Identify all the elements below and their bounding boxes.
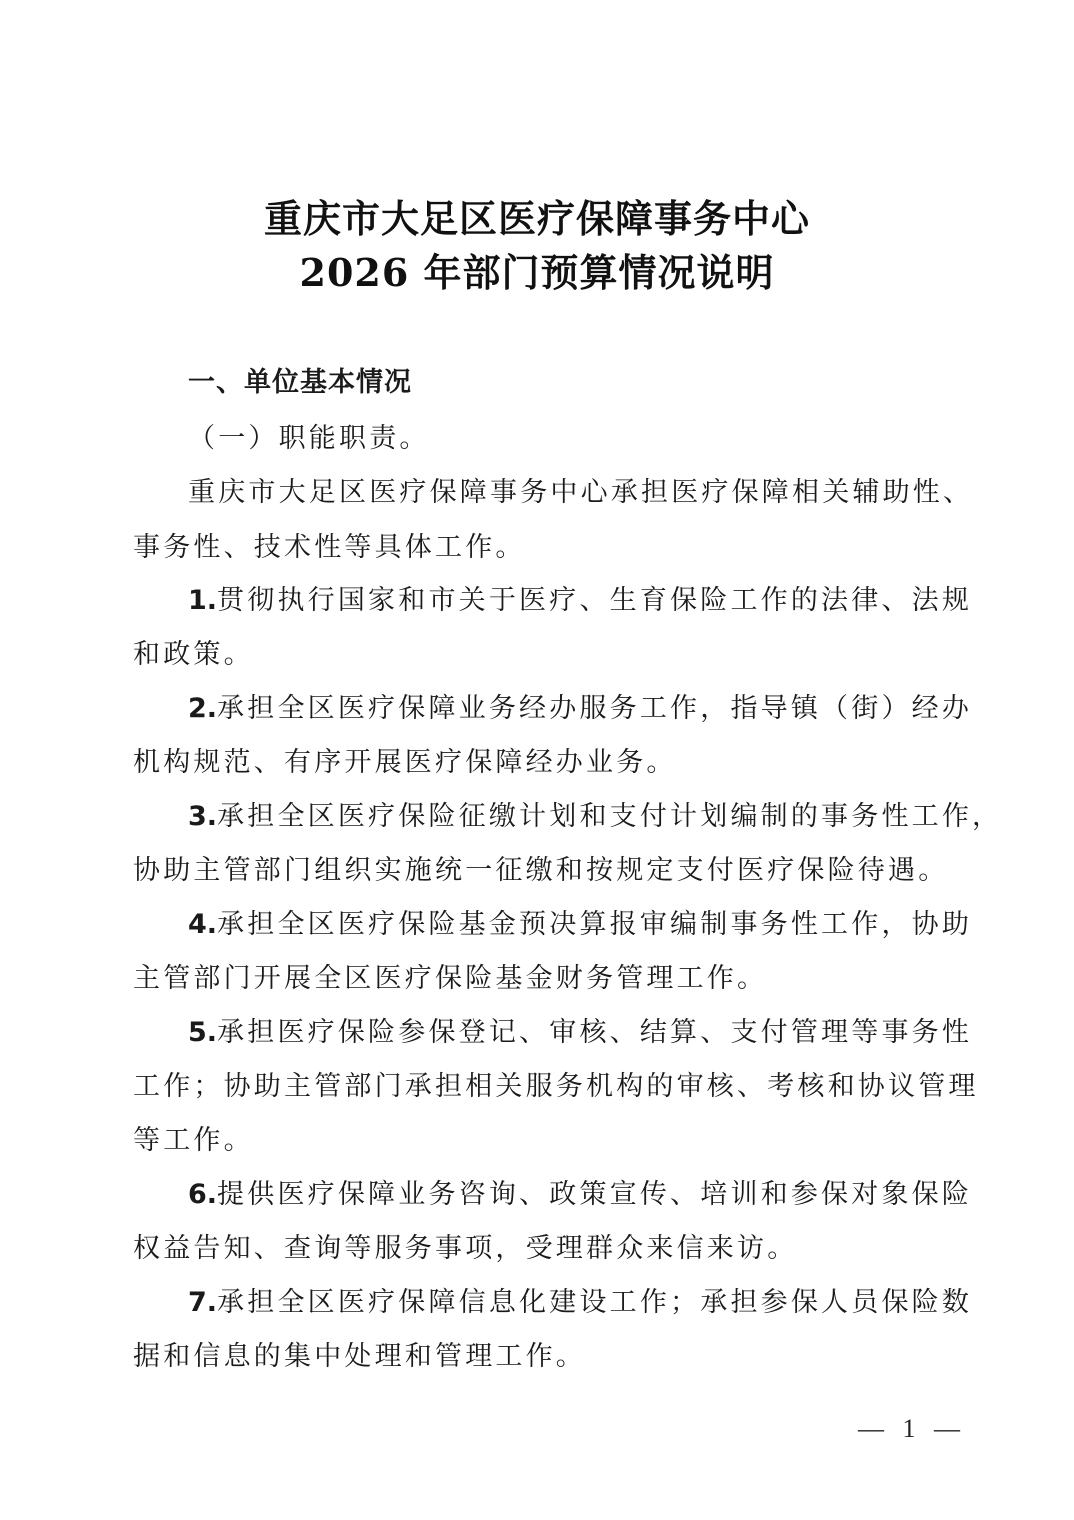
duty-text: 承担全区医疗保险基金预决算报审编制事务性工作，协助 — [217, 909, 972, 940]
document-title-line1: 重庆市大足区医疗保障事务中心 — [0, 188, 1074, 243]
duty-item-3-cont: 协助主管部门组织实施统一征缴和按规定支付医疗保险待遇。 — [133, 848, 948, 887]
duty-text: 承担全区医疗保障信息化建设工作；承担参保人员保险数 — [217, 1287, 972, 1318]
duty-item-5-cont: 工作；协助主管部门承担相关服务机构的审核、考核和协议管理 — [133, 1064, 979, 1103]
duty-item-6: 6.提供医疗保障业务咨询、政策宣传、培训和参保对象保险 — [188, 1172, 972, 1211]
duty-number: 7. — [188, 1287, 217, 1318]
duty-item-3: 3.承担全区医疗保险征缴计划和支付计划编制的事务性工作， — [188, 794, 1002, 833]
document-title-line2: 2026 年部门预算情况说明 — [0, 242, 1074, 297]
duty-text: 承担医疗保险参保登记、审核、结算、支付管理等事务性 — [217, 1017, 972, 1048]
duty-text: 贯彻执行国家和市关于医疗、生育保险工作的法律、法规 — [217, 585, 972, 616]
duty-item-5-cont2: 等工作。 — [133, 1118, 254, 1157]
duty-text: 提供医疗保障业务咨询、政策宣传、培训和参保对象保险 — [217, 1179, 972, 1210]
section-heading: 一、单位基本情况 — [188, 360, 412, 399]
duty-number: 6. — [188, 1179, 217, 1210]
subsection-heading: （一）职能职责。 — [188, 416, 430, 455]
duty-item-5: 5.承担医疗保险参保登记、审核、结算、支付管理等事务性 — [188, 1010, 972, 1049]
duty-item-7: 7.承担全区医疗保障信息化建设工作；承担参保人员保险数 — [188, 1280, 972, 1319]
page-number: — 1 — — [858, 1414, 966, 1444]
duty-number: 4. — [188, 909, 217, 940]
duty-item-1: 1.贯彻执行国家和市关于医疗、生育保险工作的法律、法规 — [188, 578, 972, 617]
duty-number: 2. — [188, 693, 217, 724]
duty-number: 1. — [188, 585, 217, 616]
duty-text: 承担全区医疗保障业务经办服务工作，指导镇（街）经办 — [217, 693, 972, 724]
duty-number: 3. — [188, 801, 217, 832]
duty-item-2-cont: 机构规范、有序开展医疗保障经办业务。 — [133, 740, 677, 779]
duty-item-2: 2.承担全区医疗保障业务经办服务工作，指导镇（街）经办 — [188, 686, 972, 725]
duty-item-4: 4.承担全区医疗保险基金预决算报审编制事务性工作，协助 — [188, 902, 972, 941]
duty-item-6-cont: 权益告知、查询等服务事项，受理群众来信来访。 — [133, 1226, 797, 1265]
duty-number: 5. — [188, 1017, 217, 1048]
intro-paragraph-line2: 事务性、技术性等具体工作。 — [133, 525, 526, 564]
duty-item-1-cont: 和政策。 — [133, 632, 254, 671]
duty-item-4-cont: 主管部门开展全区医疗保险基金财务管理工作。 — [133, 956, 767, 995]
duty-item-7-cont: 据和信息的集中处理和管理工作。 — [133, 1334, 586, 1373]
duty-text: 承担全区医疗保险征缴计划和支付计划编制的事务性工作， — [217, 801, 1002, 832]
intro-paragraph-line1: 重庆市大足区医疗保障事务中心承担医疗保障相关辅助性、 — [188, 470, 973, 509]
